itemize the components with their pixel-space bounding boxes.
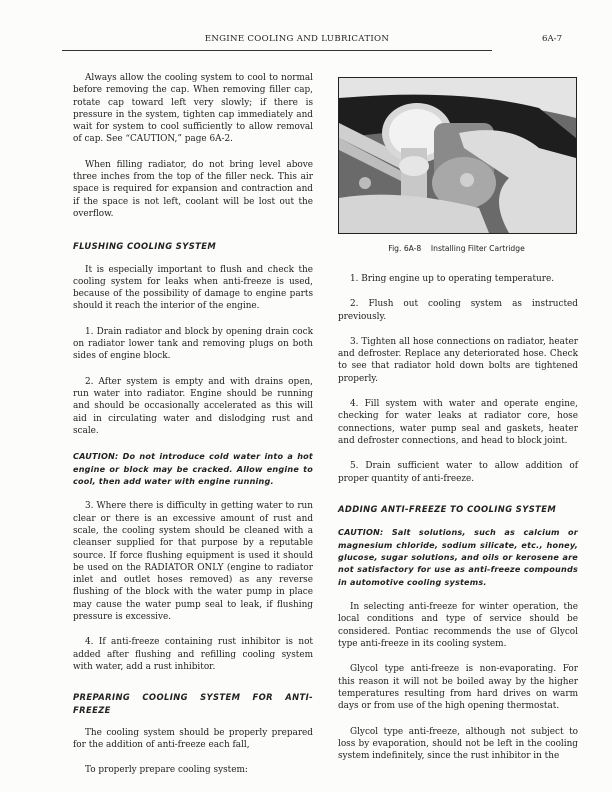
step-3: 3. Where there is difficulty in getting …	[73, 500, 313, 623]
step-2: 2. After system is empty and with drains…	[73, 376, 313, 437]
step-1: 1. Bring engine up to operating temperat…	[338, 273, 578, 285]
left-column: Always allow the cooling system to cool …	[73, 72, 313, 790]
section-heading-preparing: PREPARING COOLING SYSTEM FOR ANTI-FREEZE	[73, 691, 313, 716]
paragraph: Glycol type anti-freeze is non-evaporati…	[338, 663, 578, 712]
running-title: ENGINE COOLING AND LUBRICATION	[62, 34, 492, 44]
caution-note: CAUTION: Do not introduce cold water int…	[73, 450, 313, 487]
figure-caption: Fig. 6A-8 Installing Filter Cartridge	[338, 244, 575, 253]
step-4: 4. Fill system with water and operate en…	[338, 398, 578, 447]
filter-cartridge-photo	[339, 78, 576, 233]
paragraph: To properly prepare cooling system:	[73, 764, 313, 776]
figure-photo	[338, 77, 577, 234]
step-3: 3. Tighten all hose connections on radia…	[338, 336, 578, 385]
step-1: 1. Drain radiator and block by opening d…	[73, 326, 313, 363]
header-title-wrap: ENGINE COOLING AND LUBRICATION	[62, 30, 492, 50]
caution-note: CAUTION: Salt solutions, such as calcium…	[338, 526, 578, 588]
paragraph: It is especially important to flush and …	[73, 264, 313, 313]
header-rule	[62, 50, 492, 51]
paragraph: Always allow the cooling system to cool …	[73, 72, 313, 146]
step-5: 5. Drain sufficient water to allow addit…	[338, 460, 578, 485]
page-number: 6A-7	[542, 34, 562, 44]
step-4: 4. If anti-freeze containing rust inhibi…	[73, 636, 313, 673]
paragraph: In selecting anti-freeze for winter oper…	[338, 601, 578, 650]
step-2: 2. Flush out cooling system as instructe…	[338, 298, 578, 323]
section-heading-flushing: FLUSHING COOLING SYSTEM	[73, 240, 313, 252]
section-heading-adding: ADDING ANTI-FREEZE TO COOLING SYSTEM	[338, 503, 578, 515]
right-column: 1. Bring engine up to operating temperat…	[338, 273, 578, 775]
paragraph: The cooling system should be properly pr…	[73, 727, 313, 752]
paragraph: Glycol type anti-freeze, although not su…	[338, 726, 578, 763]
paragraph: When filling radiator, do not bring leve…	[73, 159, 313, 220]
